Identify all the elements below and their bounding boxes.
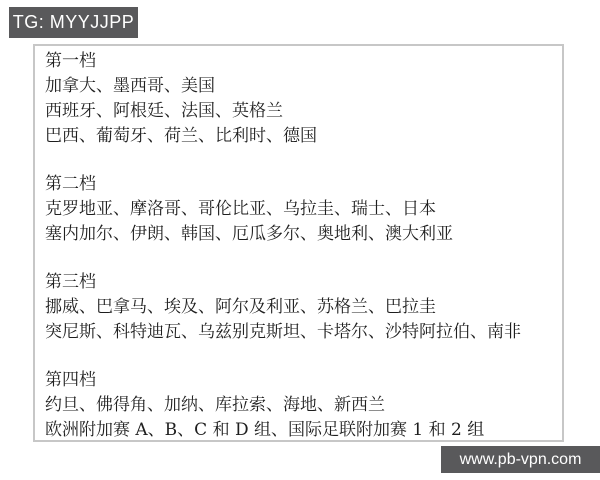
- pot-line: 约旦、佛得角、加纳、库拉索、海地、新西兰: [45, 393, 554, 418]
- pot-line: 塞内加尔、伊朗、韩国、厄瓜多尔、奥地利、澳大利亚: [45, 222, 554, 247]
- pot-line: 挪威、巴拿马、埃及、阿尔及利亚、苏格兰、巴拉圭: [45, 295, 554, 320]
- pot-group-1: 第一档 加拿大、墨西哥、美国 西班牙、阿根廷、法国、英格兰 巴西、葡萄牙、荷兰、…: [45, 49, 554, 149]
- pot-group-2: 第二档 克罗地亚、摩洛哥、哥伦比亚、乌拉圭、瑞士、日本 塞内加尔、伊朗、韩国、厄…: [45, 172, 554, 247]
- pot-title: 第四档: [45, 368, 554, 393]
- pot-line: 突尼斯、科特迪瓦、乌兹别克斯坦、卡塔尔、沙特阿拉伯、南非: [45, 320, 554, 345]
- pot-line: 西班牙、阿根廷、法国、英格兰: [45, 99, 554, 124]
- pot-line: 欧洲附加赛 A、B、C 和 D 组、国际足联附加赛 1 和 2 组: [45, 418, 554, 443]
- pot-group-4: 第四档 约旦、佛得角、加纳、库拉索、海地、新西兰 欧洲附加赛 A、B、C 和 D…: [45, 368, 554, 443]
- pots-list-box: 第一档 加拿大、墨西哥、美国 西班牙、阿根廷、法国、英格兰 巴西、葡萄牙、荷兰、…: [33, 44, 564, 442]
- pot-line: 巴西、葡萄牙、荷兰、比利时、德国: [45, 124, 554, 149]
- pot-title: 第三档: [45, 270, 554, 295]
- pot-group-3: 第三档 挪威、巴拿马、埃及、阿尔及利亚、苏格兰、巴拉圭 突尼斯、科特迪瓦、乌兹别…: [45, 270, 554, 345]
- page-canvas: TG: MYYJJPP 第一档 加拿大、墨西哥、美国 西班牙、阿根廷、法国、英格…: [0, 0, 600, 480]
- pot-line: 加拿大、墨西哥、美国: [45, 74, 554, 99]
- website-watermark-badge: www.pb-vpn.com: [441, 446, 600, 473]
- telegram-handle-badge: TG: MYYJJPP: [9, 7, 138, 38]
- pot-line: 克罗地亚、摩洛哥、哥伦比亚、乌拉圭、瑞士、日本: [45, 197, 554, 222]
- pot-title: 第二档: [45, 172, 554, 197]
- pot-title: 第一档: [45, 49, 554, 74]
